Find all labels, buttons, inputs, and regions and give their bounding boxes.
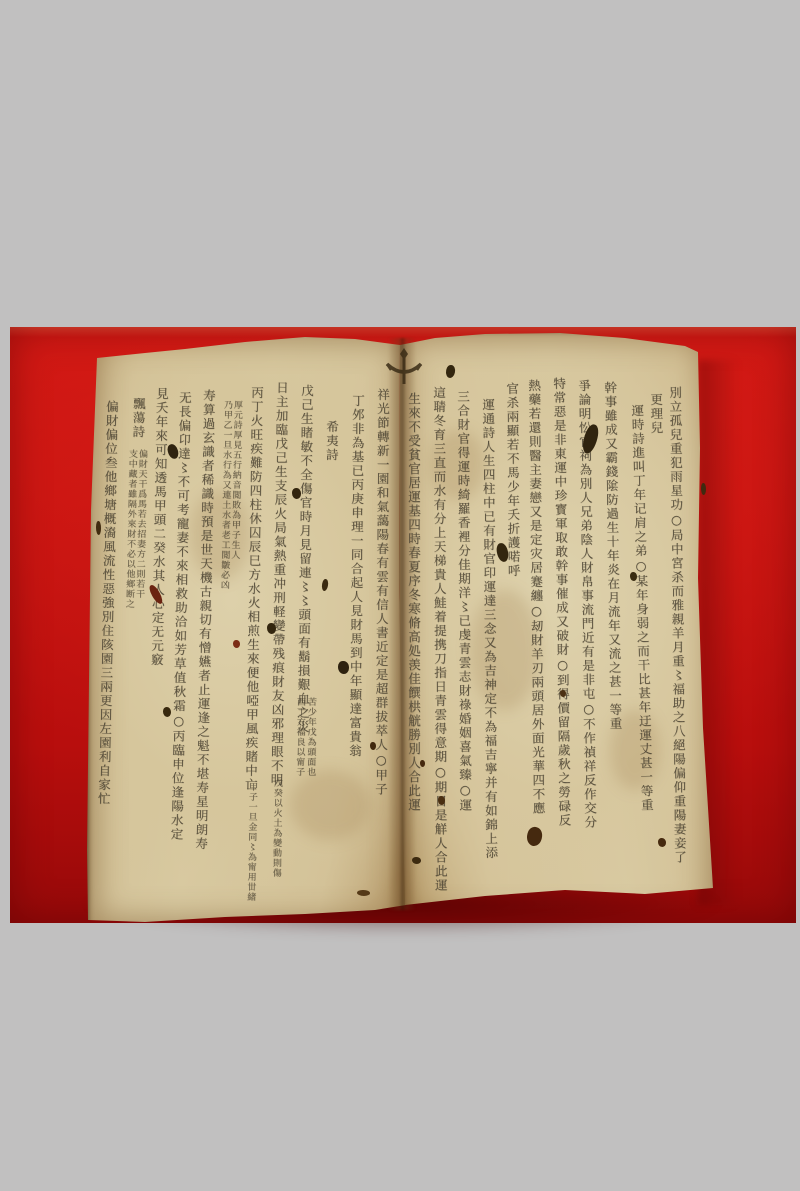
ink-stain xyxy=(701,483,706,495)
manuscript-column: 更理兒 xyxy=(649,393,662,435)
ink-stain xyxy=(163,707,171,717)
ink-stain xyxy=(412,857,421,864)
manuscript-column: 甲子一旦金同〻為甯用丗緒 xyxy=(245,782,256,902)
manuscript-column: 丙丁火旺疾難防四柱休囚辰巳方水火相煎生來便他啞甲風疾賭中亡 xyxy=(244,386,263,792)
manuscript-column: 運時詩進叫丁年记肩之弟○某年身弱之而干比甚年迂運丈甚一等重 xyxy=(630,404,652,813)
handwritten-text-layer: 別立孤兒重犯雨星功○局中宮杀而雅親羊月重〻福助之八絕陽偏仰重陽妻妾了更理兒運時詩… xyxy=(0,0,800,1191)
ink-stain xyxy=(267,623,276,634)
manuscript-column: 苦少年戊為頭面也 xyxy=(305,697,315,777)
ink-stain xyxy=(370,742,376,750)
manuscript-column: 支中藏者雖隔外來財不必以他鄉断之 xyxy=(124,449,136,609)
ink-stain xyxy=(338,661,349,674)
ink-stain xyxy=(438,796,445,805)
ink-stain xyxy=(420,760,425,767)
ink-stain xyxy=(658,838,666,847)
manuscript-column: 幹事雖成又霸錢隂防過生十年炎在月流年又流之甚一等重 xyxy=(603,381,621,731)
manuscript-column: 寿算過玄識者稀識時預是世天機古親切有憎嬿者止運逢之魁不堪寿星明朗寿 xyxy=(194,389,215,851)
manuscript-column: 這聙冬育三直而水有分上天梯貴人鮭着提携刀指日青雲得意期○期日是觧人合此運 xyxy=(432,386,446,893)
manuscript-column: 戊己生睹敏不全傷官時月見留連〻〻頭面有鬍損艱血之災 xyxy=(296,384,313,734)
manuscript-column: 見夭年來可知透馬甲頭二癸水其人心定无元竅 xyxy=(150,387,168,667)
manuscript-column: 特常惡是非東運中珍寳軍取敢幹事催成又破財○到得價留隔歲秋之勞碌反 xyxy=(552,377,570,828)
manuscript-column: 三合財官得運時綺羅香裡分佳期洋〻已虔青雲志財祿婚姻喜氣臻○運 xyxy=(456,390,471,813)
manuscript-column: 偏財偏位叁他鄉塘概㵝風流性惡強別住陔園三兩更因左園利自家忙 xyxy=(96,400,117,806)
manuscript-column: 希夷詩 xyxy=(325,420,338,462)
ink-stain xyxy=(630,572,637,581)
manuscript-column: 生來不受貧官居運基四時春夏序冬寒脩高処羡佳饌栱觥勝別人合此運 xyxy=(407,392,420,812)
ink-stain xyxy=(233,640,240,648)
manuscript-column: 別立孤兒重犯雨星功○局中宮杀而雅親羊月重〻福助之八絕陽偏仰重陽妻妾了 xyxy=(668,386,686,865)
manuscript-column: 戊癸以火土為變動則傷 xyxy=(271,778,281,878)
photo-stage: 別立孤兒重犯雨星功○局中宮杀而雅親羊月重〻福助之八絕陽偏仰重陽妻妾了更理兒運時詩… xyxy=(0,0,800,1191)
ink-stain xyxy=(357,890,370,896)
manuscript-column: 熱藥若還則醫主妻戀又是定灾居蹇纏○刼財羊刃兩頭居外面光華四不應 xyxy=(527,379,544,816)
manuscript-column: 丁邜非為基已丙庚申理一同合起人見財馬到中年顯達富貴翁 xyxy=(348,394,364,758)
ink-stain xyxy=(560,690,566,697)
manuscript-column: 乃甲乙一旦水行為又連土水者老工閲皺必凶 xyxy=(219,400,231,590)
ink-stain xyxy=(292,488,301,499)
ink-stain xyxy=(96,521,101,535)
manuscript-column: 祥光節轉新一園和氣藹陽春有雲有信人書近定是超群拔萃人○甲子 xyxy=(374,388,389,797)
manuscript-column: 西丁方福良以甯子 xyxy=(294,697,304,777)
manuscript-column: 日主加臨戊己生支辰火局氣熱重冲刑軽變帶残痕財友凶邪理眼不明 xyxy=(269,381,287,787)
manuscript-column: 飄蕩詩 xyxy=(131,397,144,439)
manuscript-column: 運通詩人生四柱中已有財官印運達三念又為吉神定不為福吉寧并有如錦上添 xyxy=(481,398,497,860)
